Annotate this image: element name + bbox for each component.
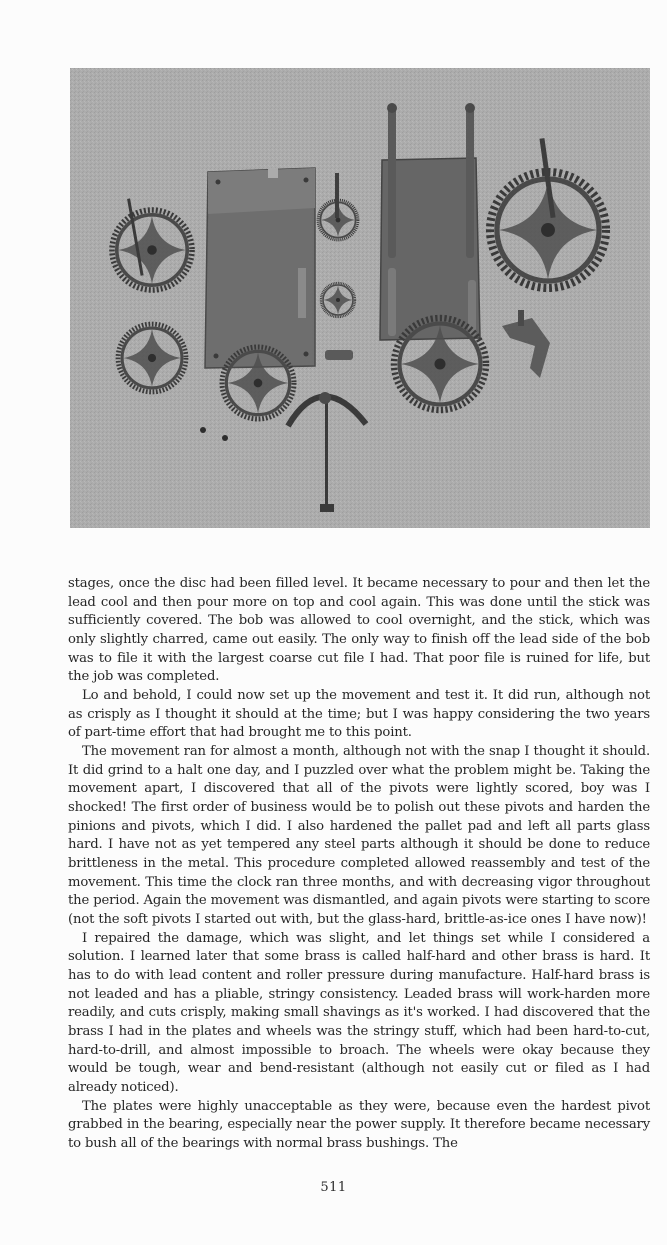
paragraph: I repaired the damage, which was slight,… xyxy=(68,930,650,1098)
paragraph: Lo and behold, I could now set up the mo… xyxy=(68,687,650,743)
page-number: 511 xyxy=(0,1180,667,1195)
paragraph: The plates were highly unacceptable as t… xyxy=(68,1098,650,1154)
document-page: stages, once the disc had been filled le… xyxy=(0,0,667,1245)
paragraph: stages, once the disc had been filled le… xyxy=(68,575,650,687)
article-body: stages, once the disc had been filled le… xyxy=(68,575,650,1154)
paragraph: The movement ran for almost a month, alt… xyxy=(68,743,650,930)
left-plate xyxy=(205,168,315,368)
photo-illustration xyxy=(70,68,650,528)
clock-parts-photo xyxy=(70,68,650,528)
